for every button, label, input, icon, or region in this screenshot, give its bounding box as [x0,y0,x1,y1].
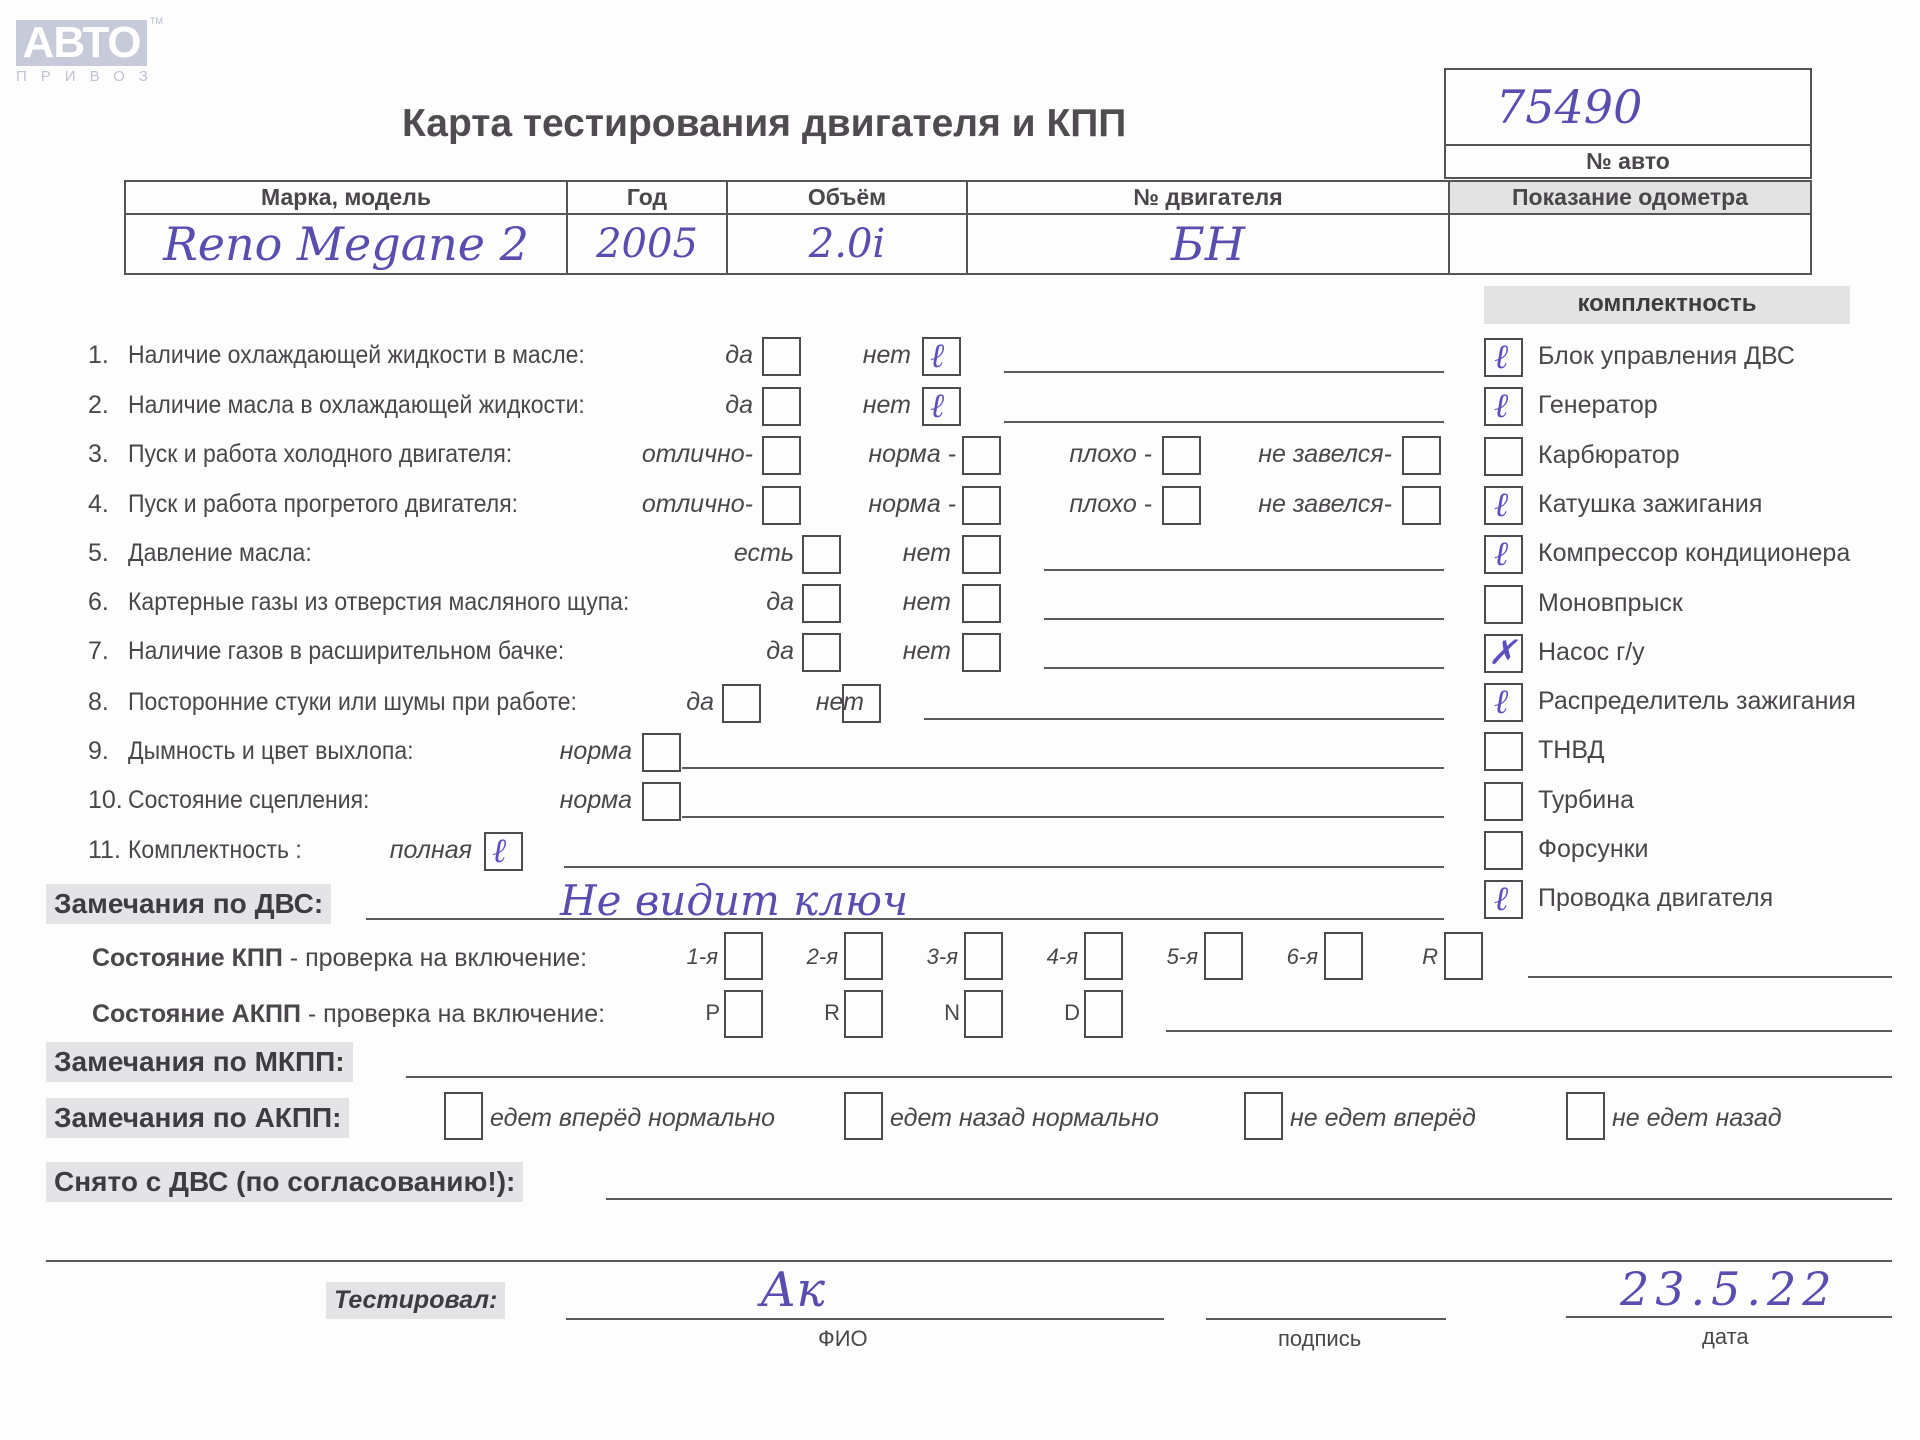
akpp-option-label: не едет назад [1612,1104,1782,1133]
gear-checkbox[interactable] [1204,932,1243,980]
logo-tm: TM [150,16,163,26]
signature-caption: подпись [1278,1326,1361,1352]
col-header-volume: Объём [727,181,967,214]
check-label: Дымность и цвет выхлопа: [128,737,414,766]
logo: АВТО [16,20,147,66]
gear-checkbox[interactable] [1084,932,1123,980]
checkbox[interactable] [762,387,801,426]
option-label: нет [903,588,951,617]
gear-label: 5-я [1167,944,1198,970]
mkpp-remarks-label: Замечания по МКПП: [46,1042,353,1082]
check-mark-icon: ℓ [1494,389,1508,423]
check-mark-icon: ℓ [1494,537,1508,571]
checkbox[interactable] [642,733,681,772]
auto-gearbox-line [1166,1030,1892,1032]
option-label: норма - [868,440,956,469]
completeness-checkbox[interactable]: ℓ [1484,535,1523,574]
option-label: отлично- [642,440,753,469]
car-number-label: № авто [1445,145,1811,178]
manual-gearbox-label: Состояние КПП - проверка на включение: [92,944,587,973]
option-label: да [725,341,753,370]
checkbox[interactable]: ℓ [484,832,523,871]
col-header-odometer: Показание одометра [1449,181,1811,214]
completeness-item-label: Блок управления ДВС [1538,342,1795,371]
completeness-checkbox[interactable] [1484,585,1523,624]
check-label: Наличие газов в расширительном бачке: [128,637,564,666]
date-caption: дата [1702,1324,1749,1350]
check-number: 3. [88,440,109,469]
gear-checkbox[interactable] [964,990,1003,1038]
completeness-item-label: Насос г/у [1538,638,1645,667]
completeness-item-label: Турбина [1538,786,1634,815]
gear-checkbox[interactable] [1324,932,1363,980]
gear-checkbox[interactable] [724,932,763,980]
vehicle-info-table: Марка, модель Год Объём № двигателя Пока… [124,180,1812,275]
option-label: норма - [868,490,956,519]
check-mark-icon: ℓ [1494,685,1508,719]
notes-line[interactable] [564,866,1444,868]
notes-line[interactable] [924,718,1444,720]
completeness-item-label: ТНВД [1538,736,1604,765]
check-label: Пуск и работа холодного двигателя: [128,440,512,469]
akpp-option-checkbox[interactable] [444,1092,483,1140]
gear-label: N [944,1000,960,1026]
option-label: плохо - [1069,440,1152,469]
car-number-table: 75490 № авто [1444,68,1812,179]
check-mark-icon: ℓ [1494,340,1508,374]
check-number: 7. [88,637,109,666]
gear-label: R [1422,944,1438,970]
page-title: Карта тестирования двигателя и КПП [402,102,1126,146]
check-mark-icon: ℓ [492,834,506,868]
check-mark-icon: ℓ [1494,882,1508,916]
removed-line-2 [46,1260,1892,1262]
col-header-model: Марка, модель [125,181,567,214]
checkbox[interactable] [642,782,681,821]
option-label: норма [560,737,632,766]
car-number-cell[interactable]: 75490 [1445,69,1811,145]
option-label: нет [863,341,911,370]
check-mark-icon: ℓ [930,339,944,373]
volume-field[interactable]: 2.0i [727,214,967,274]
completeness-checkbox[interactable]: ℓ [1484,486,1523,525]
checkbox[interactable] [1162,486,1201,525]
gear-checkbox[interactable] [964,932,1003,980]
gear-label: P [705,1000,720,1026]
removed-line [606,1198,1892,1200]
gear-label: 3-я [927,944,958,970]
tested-by-label: Тестировал: [326,1282,505,1319]
logo-subtitle: ПРИВОЗ [16,68,162,85]
checkbox[interactable] [962,436,1001,475]
checkbox[interactable] [1402,486,1441,525]
checkbox[interactable] [802,633,841,672]
check-number: 1. [88,341,109,370]
checkbox[interactable] [762,486,801,525]
mkpp-remarks-line [406,1076,1892,1078]
notes-line[interactable] [1044,667,1444,669]
completeness-checkbox[interactable] [1484,732,1523,771]
option-label: норма [560,786,632,815]
option-label: да [766,637,794,666]
check-number: 10. [88,786,123,815]
akpp-option-checkbox[interactable] [1244,1092,1283,1140]
completeness-item-label: Катушка зажигания [1538,490,1762,519]
odometer-field[interactable] [1449,214,1811,274]
completeness-item-label: Генератор [1538,391,1658,420]
check-label: Наличие масла в охлаждающей жидкости: [128,391,585,420]
fio-line [566,1318,1164,1320]
completeness-item-label: Компрессор кондиционера [1538,539,1850,568]
checkbox[interactable] [962,486,1001,525]
model-field[interactable]: Reno Megane 2 [125,214,567,274]
completeness-item-label: Моновпрыск [1538,589,1683,618]
checkbox[interactable] [1402,436,1441,475]
akpp-option-label: едет вперёд нормально [490,1104,775,1133]
date-line [1566,1316,1892,1318]
option-label: полная [390,836,472,865]
check-label: Давление масла: [128,539,312,568]
notes-line[interactable] [1044,618,1444,620]
completeness-checkbox[interactable]: ✗ [1484,634,1523,673]
engine-number-field[interactable]: БН [967,214,1449,274]
check-label: Картерные газы из отверстия масляного щу… [128,588,629,617]
notes-line[interactable] [682,816,1444,818]
check-number: 2. [88,391,109,420]
akpp-option-checkbox[interactable] [844,1092,883,1140]
option-label: плохо - [1069,490,1152,519]
notes-line[interactable] [1004,371,1444,373]
fio-caption: ФИО [818,1326,868,1352]
completeness-item-label: Карбюратор [1538,441,1680,470]
akpp-option-checkbox[interactable] [1566,1092,1605,1140]
check-mark-icon: ℓ [930,389,944,423]
checkbox[interactable] [762,436,801,475]
scribble-icon: ✗ [1488,636,1517,670]
car-number-value: 75490 [1496,80,1642,134]
option-label: отлично- [642,490,753,519]
checkbox[interactable] [842,684,881,723]
check-label: Пуск и работа прогретого двигателя: [128,490,518,519]
gear-label: 6-я [1287,944,1318,970]
signature-line[interactable] [1206,1318,1446,1320]
notes-line[interactable] [1044,569,1444,571]
gear-label: D [1064,1000,1080,1026]
checkbox[interactable] [762,337,801,376]
year-value: 2005 [596,221,698,267]
check-label: Наличие охлаждающей жидкости в масле: [128,341,585,370]
col-header-engine-number: № двигателя [967,181,1449,214]
notes-line[interactable] [1004,421,1444,423]
option-label: не завелся- [1258,440,1392,469]
checkbox[interactable]: ℓ [922,387,961,426]
completeness-checkbox[interactable]: ℓ [1484,880,1523,919]
checkbox[interactable] [962,535,1001,574]
removed-label: Снято с ДВС (по согласованию!): [46,1162,523,1202]
completeness-checkbox[interactable] [1484,831,1523,870]
option-label: да [686,688,714,717]
akpp-option-label: не едет вперёд [1290,1104,1476,1133]
notes-line[interactable] [682,767,1444,769]
check-label: Комплектность : [128,836,302,865]
option-label: нет [903,637,951,666]
checkbox[interactable]: ℓ [922,337,961,376]
completeness-item-label: Распределитель зажигания [1538,687,1856,716]
akpp-remarks-label: Замечания по АКПП: [46,1098,349,1138]
completeness-item-label: Проводка двигателя [1538,884,1773,913]
gear-label: R [824,1000,840,1026]
checkbox[interactable] [1162,436,1201,475]
date-value[interactable]: 23.5.22 [1620,1262,1838,1316]
checkbox[interactable] [802,535,841,574]
checkbox[interactable] [962,633,1001,672]
engine-remarks-value[interactable]: Не видит ключ [560,876,908,925]
completeness-checkbox[interactable]: ℓ [1484,683,1523,722]
option-label: да [766,588,794,617]
year-field[interactable]: 2005 [567,214,727,274]
checkbox[interactable] [802,584,841,623]
gear-label: 4-я [1047,944,1078,970]
manual-gearbox-line [1528,976,1892,978]
volume-value: 2.0i [809,221,885,267]
check-number: 8. [88,688,109,717]
check-number: 11. [88,836,121,865]
gear-label: 1-я [687,944,718,970]
akpp-option-label: едет назад нормально [890,1104,1159,1133]
gear-checkbox[interactable] [1444,932,1483,980]
completeness-checkbox[interactable] [1484,782,1523,821]
engine-number-value: БН [1171,217,1245,271]
option-label: не завелся- [1258,490,1392,519]
check-mark-icon: ℓ [1494,488,1508,522]
completeness-title: комплектность [1484,290,1850,318]
gear-checkbox[interactable] [724,990,763,1038]
option-label: нет [903,539,951,568]
option-label: нет [863,391,911,420]
completeness-item-label: Форсунки [1538,835,1649,864]
model-value: Reno Megane 2 [163,217,529,271]
check-number: 5. [88,539,109,568]
check-number: 6. [88,588,109,617]
check-label: Состояние сцепления: [128,786,369,815]
engine-remarks-label: Замечания по ДВС: [46,884,331,924]
checkbox[interactable] [722,684,761,723]
gear-label: 2-я [807,944,838,970]
gear-checkbox[interactable] [844,932,883,980]
gear-checkbox[interactable] [844,990,883,1038]
auto-gearbox-label: Состояние АКПП - проверка на включение: [92,1000,605,1029]
col-header-year: Год [567,181,727,214]
checkbox[interactable] [962,584,1001,623]
check-number: 4. [88,490,109,519]
check-number: 9. [88,737,109,766]
completeness-checkbox[interactable]: ℓ [1484,387,1523,426]
completeness-checkbox[interactable] [1484,437,1523,476]
gear-checkbox[interactable] [1084,990,1123,1038]
option-label: есть [734,539,794,568]
fio-value[interactable]: Ак [760,1262,825,1318]
check-label: Посторонние стуки или шумы при работе: [128,688,577,717]
completeness-checkbox[interactable]: ℓ [1484,338,1523,377]
option-label: да [725,391,753,420]
